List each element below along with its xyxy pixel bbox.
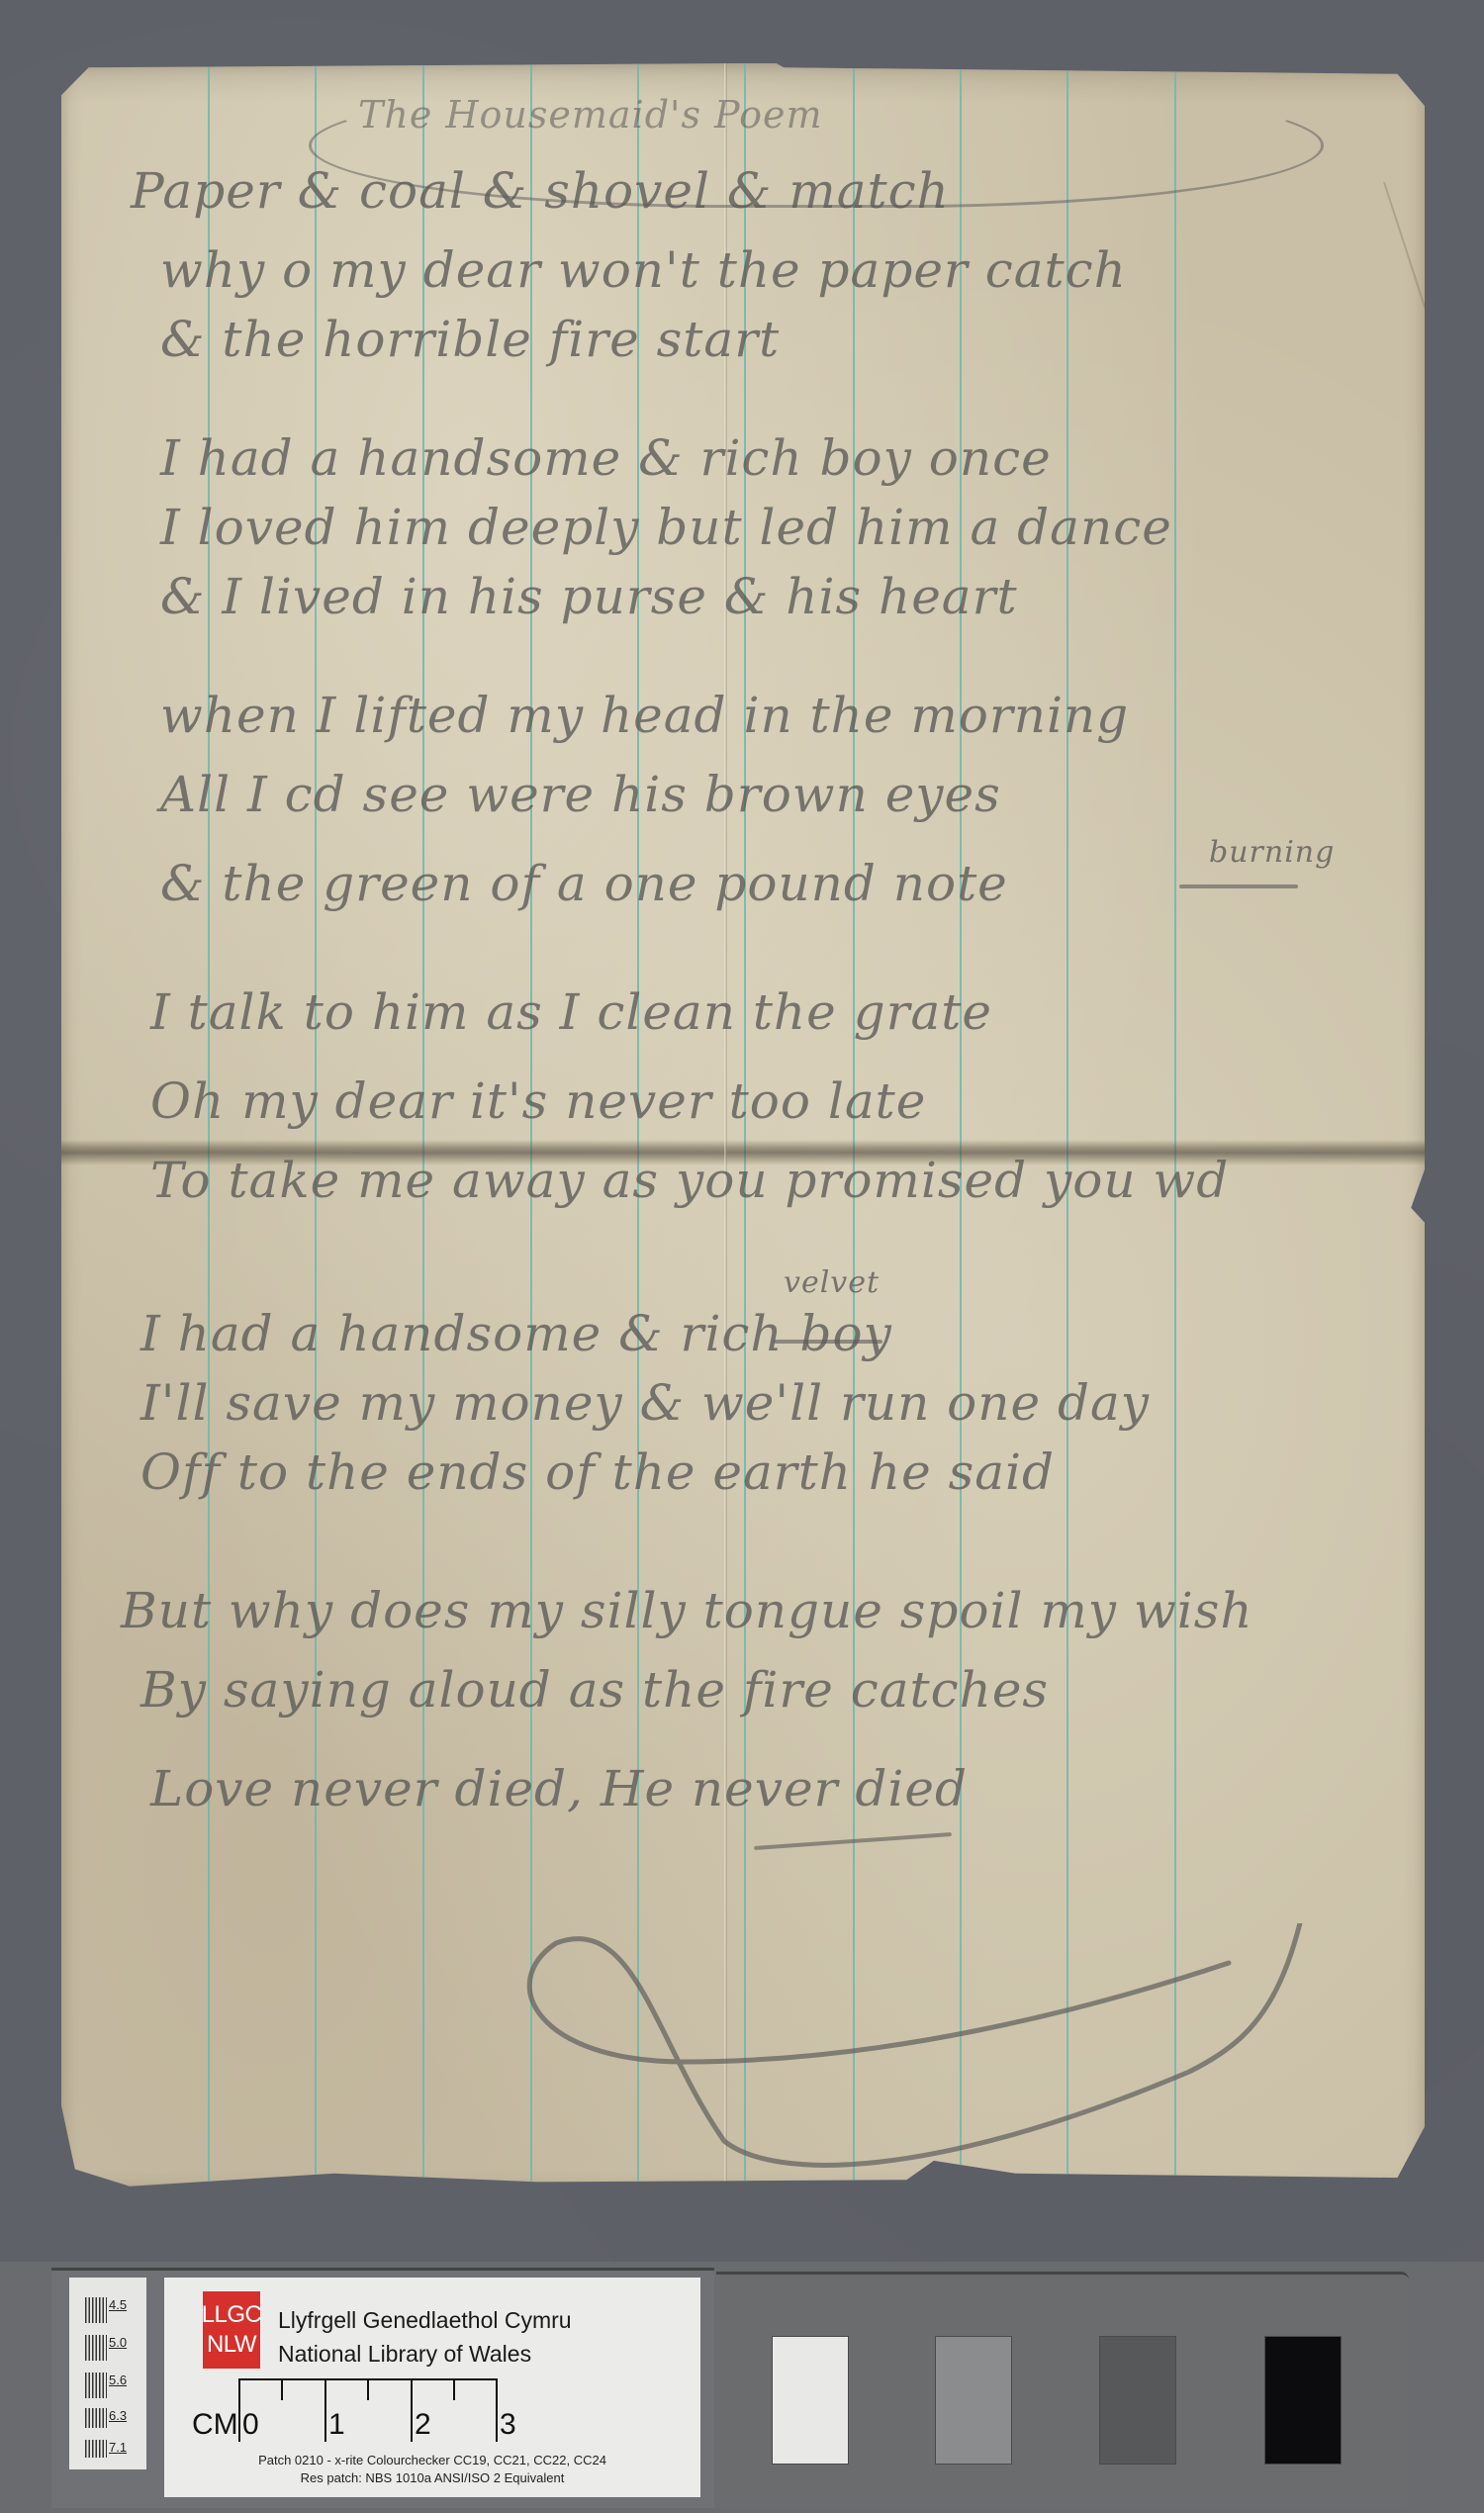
poem-line: I had a handsome & rich boy	[140, 1305, 892, 1362]
ruler-unit: CM	[192, 2408, 238, 2442]
ruler-mark: 3	[500, 2408, 516, 2442]
poem-line: why o my dear won't the paper catch	[160, 241, 1127, 299]
strikethrough	[774, 1340, 882, 1344]
poem-line: By saying aloud as the fire catches	[140, 1661, 1049, 1719]
ruler-mark: 0	[242, 2408, 259, 2442]
poem-line: But why does my silly tongue spoil my wi…	[121, 1582, 1253, 1639]
annotation-velvet: velvet	[784, 1265, 880, 1300]
res-target: 5.6	[85, 2373, 127, 2398]
poem-line: & the green of a one pound note	[160, 855, 1008, 912]
poem-line: & I lived in his purse & his heart	[160, 568, 1018, 625]
res-target: 7.1	[85, 2440, 127, 2458]
poem-line: Oh my dear it's never too late	[150, 1072, 926, 1130]
res-target: 5.0	[85, 2335, 127, 2361]
poem-line: Paper & coal & shovel & match	[131, 162, 950, 220]
flourish-squiggle	[437, 1923, 1328, 2200]
rule-line	[960, 63, 962, 2190]
cm-ruler: 0 1 2 3	[238, 2378, 498, 2442]
poem-line: when I lifted my head in the morning	[160, 687, 1129, 744]
swatch-white	[772, 2336, 849, 2465]
swatch-light-grey	[935, 2336, 1012, 2465]
patch-info: Patch 0210 - x-rite Colourchecker CC19, …	[164, 2452, 700, 2487]
poem-line: Love never died, He never died	[150, 1760, 968, 1817]
poem-line: I'll save my money & we'll run one day	[140, 1374, 1150, 1432]
poem-line: Off to the ends of the earth he said	[140, 1443, 1055, 1501]
resolution-patch: 4.5 5.0 5.6 6.3 7.1	[69, 2278, 146, 2469]
res-target: 6.3	[85, 2408, 127, 2428]
annotation-burning: burning	[1209, 835, 1335, 870]
organization-name: Llyfrgell Genedlaethol Cymru National Li…	[278, 2303, 572, 2371]
ruler-mark: 1	[328, 2408, 345, 2442]
res-target: 4.5	[85, 2297, 127, 2323]
poem-line: To take me away as you promised you wd	[150, 1152, 1229, 1209]
ruler-mark: 2	[415, 2408, 431, 2442]
manuscript-page: The Housemaid's Poem Paper & coal & shov…	[61, 63, 1425, 2190]
swatch-dark-grey	[1099, 2336, 1176, 2465]
swatch-black	[1264, 2336, 1342, 2465]
poem-line: I talk to him as I clean the grate	[150, 983, 992, 1041]
poem-line: I had a handsome & rich boy once	[160, 429, 1052, 487]
poem-title: The Housemaid's Poem	[358, 93, 823, 137]
poem-line: I loved him deeply but led him a dance	[160, 499, 1172, 556]
nlw-logo: LLGC NLW	[203, 2291, 260, 2369]
poem-line: All I cd see were his brown eyes	[160, 766, 1001, 823]
poem-line: & the horrible fire start	[160, 311, 780, 368]
strikethrough	[1179, 884, 1298, 888]
rule-line	[1174, 63, 1176, 2190]
nlw-scale-card: LLGC NLW Llyfrgell Genedlaethol Cymru Na…	[164, 2278, 700, 2497]
grey-swatch-panel	[716, 2272, 1409, 2508]
rule-line	[1067, 63, 1068, 2190]
